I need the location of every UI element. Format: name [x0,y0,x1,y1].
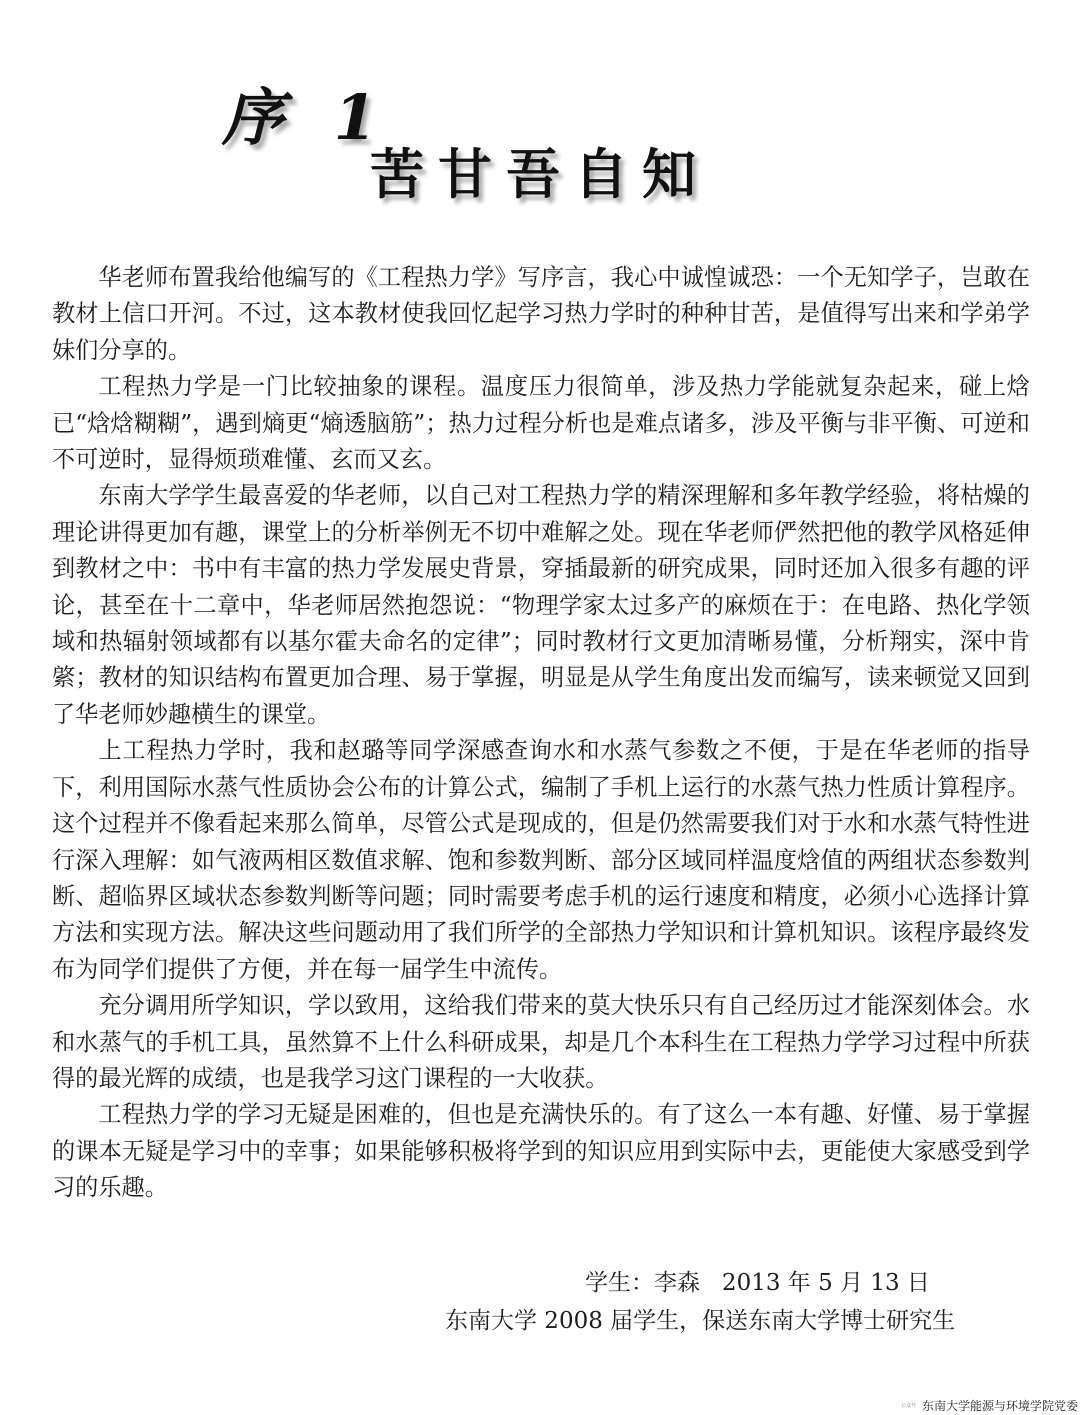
watermark-text: 东南大学能源与环境学院党委 [922,1399,1078,1413]
paragraph: 华老师布置我给他编写的《工程热力学》写序言，我心中诚惶诚恐：一个无知学子，岂敢在… [52,260,1030,369]
paragraph: 工程热力学是一门比较抽象的课程。温度压力很简单，涉及热力学能就复杂起来，碰上焓已… [52,369,1030,478]
watermark: 公众号 东南大学能源与环境学院党委 [901,1399,1078,1414]
section-label: 序 1 [222,68,391,157]
paragraph: 工程热力学的学习无疑是困难的，但也是充满快乐的。有了这么一本有趣、好懂、易于掌握… [52,1097,1030,1206]
preface-body: 华老师布置我给他编写的《工程热力学》写序言，我心中诚惶诚恐：一个无知学子，岂敢在… [52,260,1030,1207]
signature-block: 学生：李森 2013 年 5 月 13 日 东南大学 2008 届学生，保送东南… [440,1264,1000,1340]
page-title: 苦甘吾自知 [370,132,710,209]
paragraph: 充分调用所学知识，学以致用，这给我们带来的莫大快乐只有自己经历过才能深刻体会。水… [52,988,1030,1097]
watermark-prefix: 公众号 [901,1403,916,1409]
paragraph: 上工程热力学时，我和赵璐等同学深感查询水和水蒸气参数之不便，于是在华老师的指导下… [52,733,1030,988]
paragraph: 东南大学学生最喜爱的华老师，以自己对工程热力学的精深理解和多年教学经验，将枯燥的… [52,478,1030,733]
signature-author-date: 学生：李森 2013 年 5 月 13 日 [440,1264,1000,1302]
signature-affiliation: 东南大学 2008 届学生，保送东南大学博士研究生 [440,1302,1000,1340]
